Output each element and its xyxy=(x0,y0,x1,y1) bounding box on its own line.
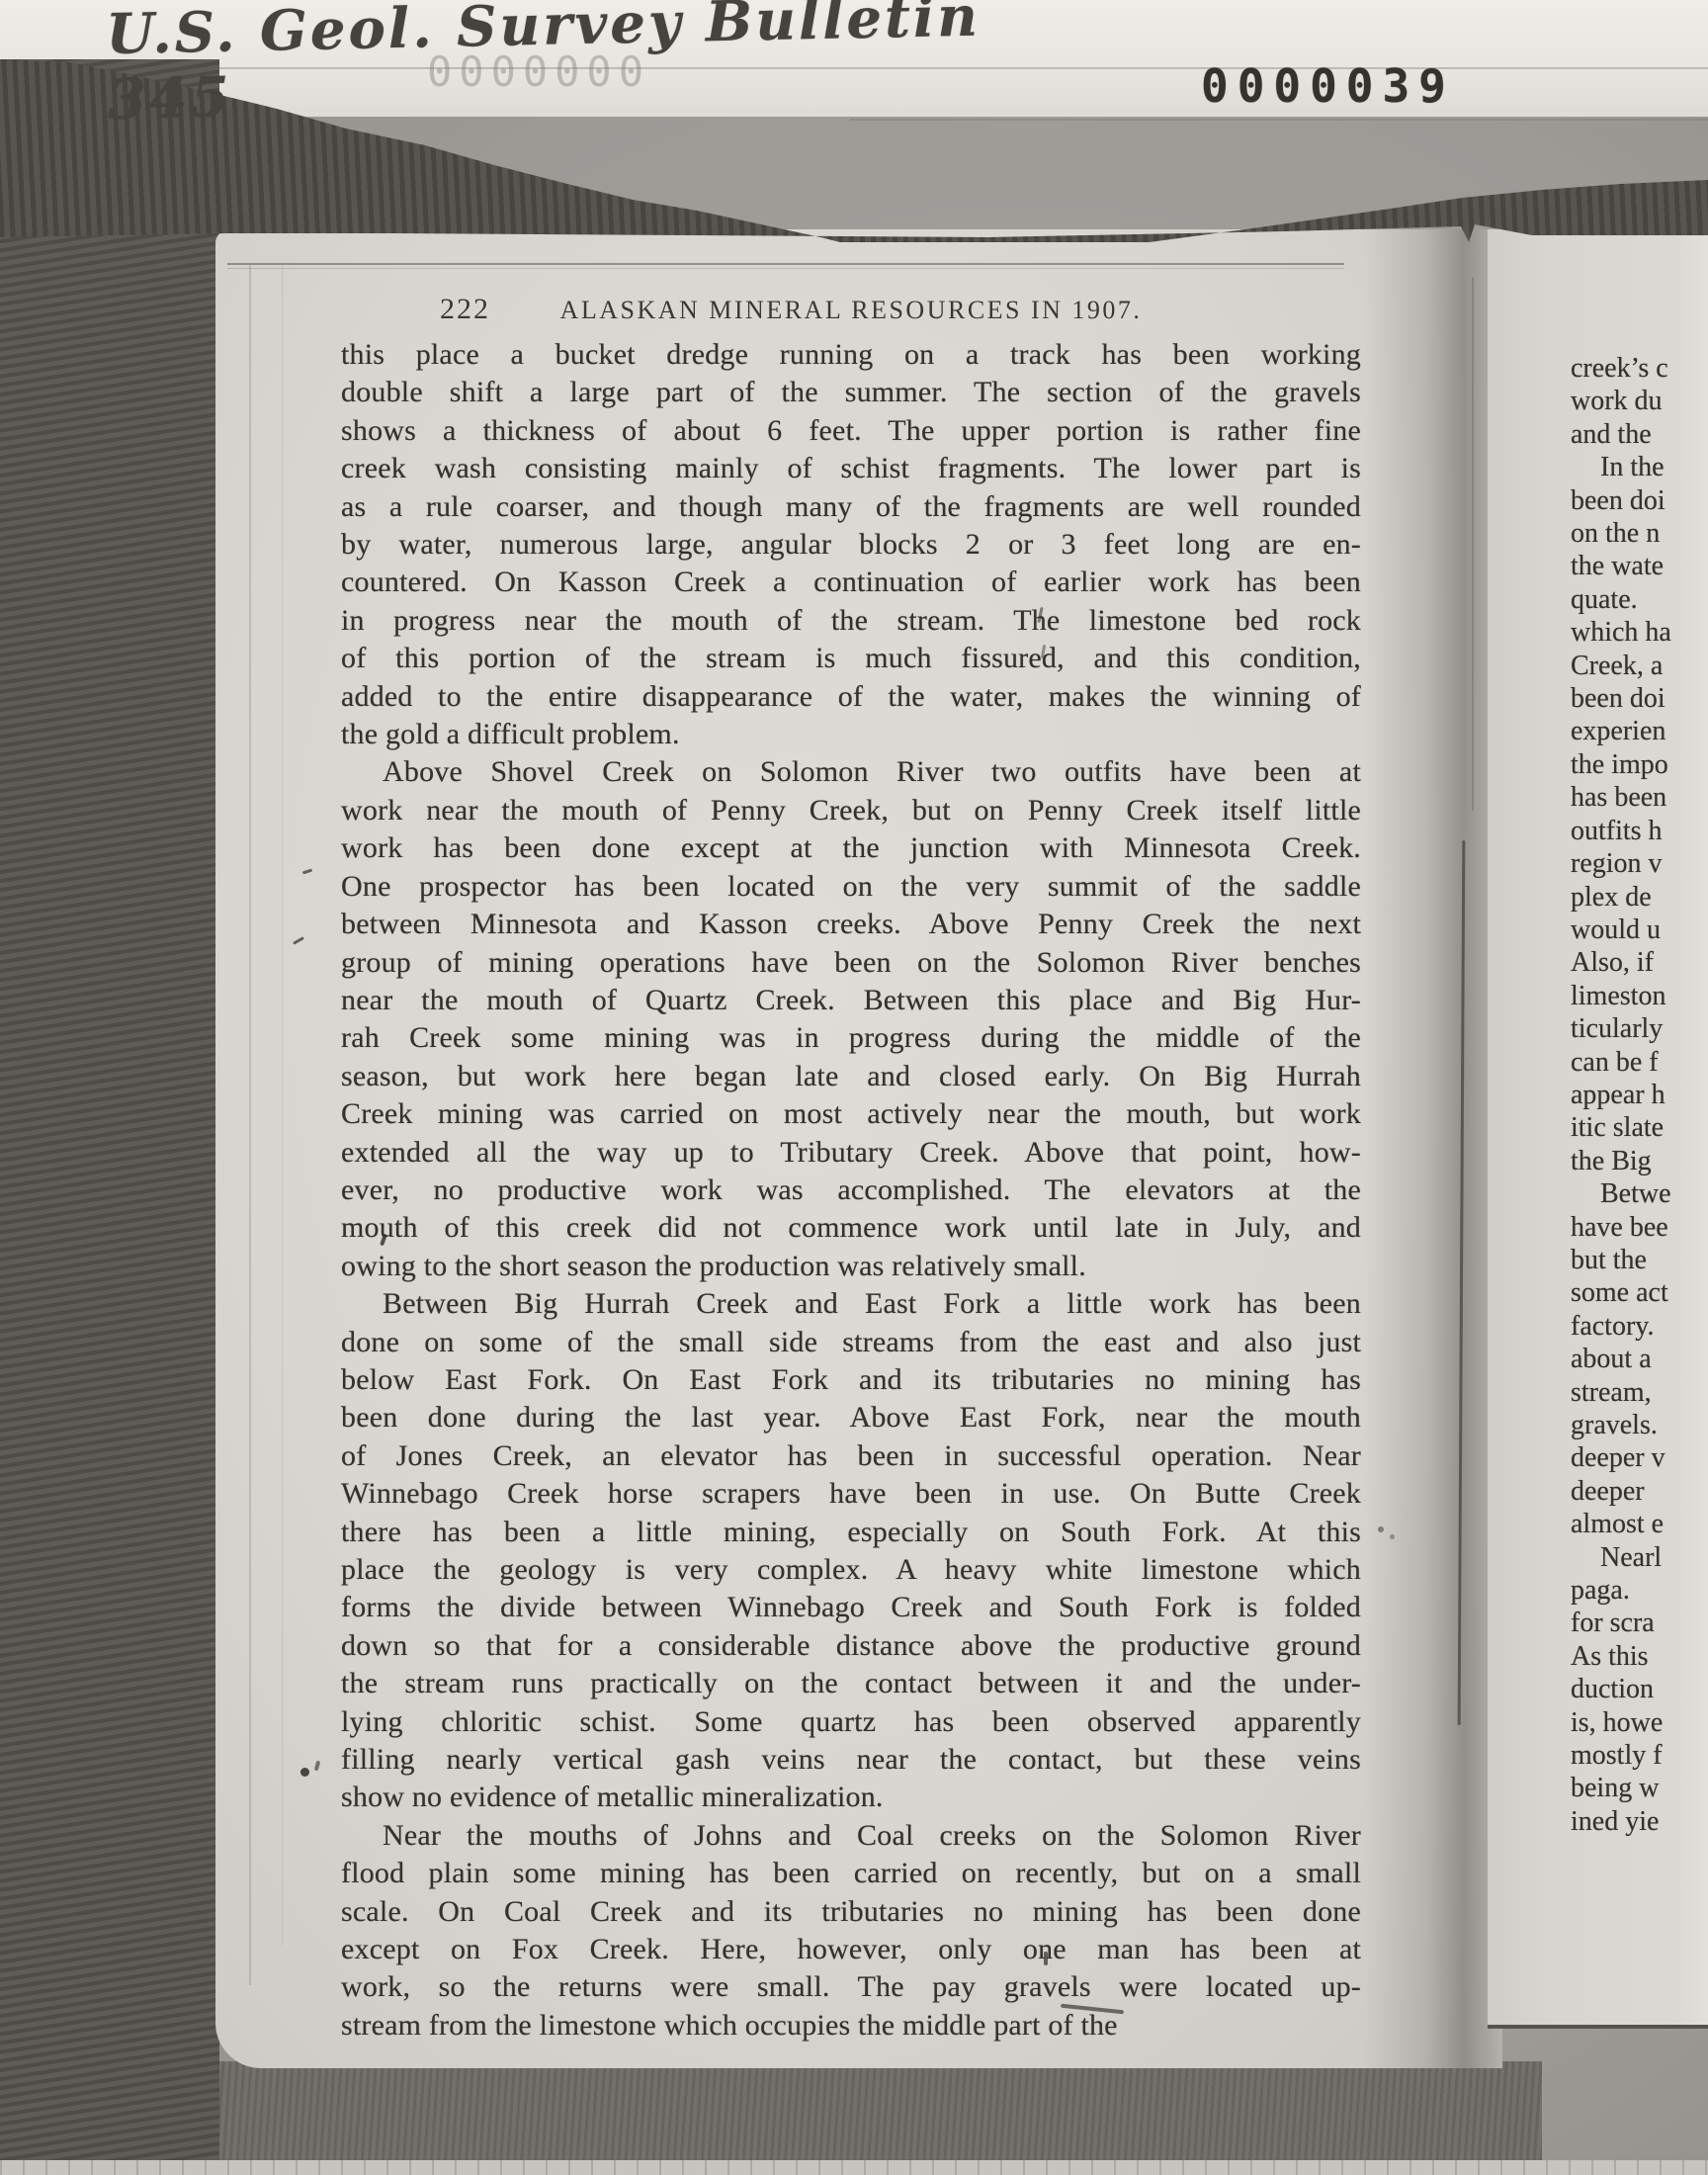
text-line: except on Fox Creek. Here, however, only… xyxy=(341,1931,1361,1968)
ink-dot xyxy=(300,1768,309,1777)
text-line: One prospector has been located on the v… xyxy=(341,868,1361,906)
next-page-text-line: work du xyxy=(1571,385,1708,417)
paragraph: Above Shovel Creek on Solomon River two … xyxy=(341,753,1361,1285)
text-line: between Minnesota and Kasson creeks. Abo… xyxy=(341,906,1361,943)
text-line: work has been done except at the junctio… xyxy=(341,829,1361,867)
next-page-text-line: As this xyxy=(1571,1640,1708,1673)
text-line: mouth of this creek did not commence wor… xyxy=(341,1209,1361,1247)
text-line: of Jones Creek, an elevator has been in … xyxy=(341,1437,1361,1475)
scan-bottom-strip xyxy=(0,2160,1708,2175)
text-line: near the mouth of Quartz Creek. Between … xyxy=(341,982,1361,1019)
text-line: this place a bucket dredge running on a … xyxy=(341,336,1361,374)
text-line: show no evidence of metallic mineralizat… xyxy=(341,1779,1361,1816)
next-page-text-line: paga. xyxy=(1571,1574,1708,1607)
text-line: filling nearly vertical gash veins near … xyxy=(341,1741,1361,1779)
next-page-text-line: and the xyxy=(1571,418,1708,451)
text-line: group of mining operations have been on … xyxy=(341,944,1361,982)
next-page-text-line: Nearl xyxy=(1571,1541,1708,1574)
next-page-text-line: creek’s c xyxy=(1571,352,1708,385)
body-text: this place a bucket dredge running on a … xyxy=(341,336,1361,2044)
text-line: as a rule coarser, and though many of th… xyxy=(341,488,1361,526)
text-line: work near the mouth of Penny Creek, but … xyxy=(341,792,1361,829)
page-header: 222 ALASKAN MINERAL RESOURCES IN 1907. xyxy=(341,293,1361,332)
next-page-text-line: has been xyxy=(1571,781,1708,814)
paragraph: Between Big Hurrah Creek and East Fork a… xyxy=(341,1285,1361,1817)
text-line: shows a thickness of about 6 feet. The u… xyxy=(341,412,1361,450)
book-gutter-shadow xyxy=(1364,229,1502,2068)
next-page-text-line: Creek, a xyxy=(1571,650,1708,682)
page-left-edge-line xyxy=(249,265,251,1985)
text-line: down so that for a considerable distance… xyxy=(341,1627,1361,1665)
text-line: of this portion of the stream is much fi… xyxy=(341,640,1361,677)
next-page-text-line: for scra xyxy=(1571,1607,1708,1639)
next-page-text-line: mostly f xyxy=(1571,1739,1708,1772)
running-header: ALASKAN MINERAL RESOURCES IN 1907. xyxy=(341,296,1361,325)
text-line: added to the entire disappearance of the… xyxy=(341,678,1361,716)
next-page-text-line: appear h xyxy=(1571,1079,1708,1111)
ink-speck xyxy=(314,1761,320,1772)
next-page-text-line: factory. xyxy=(1571,1310,1708,1343)
text-line: Near the mouths of Johns and Coal creeks… xyxy=(341,1817,1361,1855)
next-page-text-line: the impo xyxy=(1571,748,1708,781)
next-page-text-line: would u xyxy=(1571,913,1708,946)
next-page-text-line: duction xyxy=(1571,1673,1708,1705)
next-page-text-line: on the n xyxy=(1571,517,1708,550)
next-page-text-line: but the xyxy=(1571,1244,1708,1276)
next-page-text-line: ticularly xyxy=(1571,1012,1708,1045)
next-page-text-line: about a xyxy=(1571,1343,1708,1375)
text-line: creek wash consisting mainly of schist f… xyxy=(341,450,1361,487)
text-line: in progress near the mouth of the stream… xyxy=(341,602,1361,640)
book-page: 222 ALASKAN MINERAL RESOURCES IN 1907. t… xyxy=(215,229,1502,2068)
text-line: place the geology is very complex. A hea… xyxy=(341,1551,1361,1589)
text-line: extended all the way up to Tributary Cre… xyxy=(341,1134,1361,1172)
text-line: countered. On Kasson Creek a continuatio… xyxy=(341,564,1361,601)
text-line: done on some of the small side streams f… xyxy=(341,1324,1361,1361)
text-line: Creek mining was carried on most activel… xyxy=(341,1095,1361,1133)
next-page-text-line: which ha xyxy=(1571,616,1708,649)
next-page-text-line: Also, if xyxy=(1571,946,1708,979)
next-page-column: creek’s cwork duand theIn thebeen doion … xyxy=(1571,352,1708,1838)
text-line: scale. On Coal Creek and its tributaries… xyxy=(341,1893,1361,1931)
next-page-text-line: quate. xyxy=(1571,583,1708,616)
next-page-text-line: almost e xyxy=(1571,1508,1708,1540)
next-page-text-line: been doi xyxy=(1571,484,1708,517)
number-stamp: 0000039 xyxy=(1201,59,1455,113)
semicolon-mark xyxy=(1044,1952,1048,1965)
ink-speck xyxy=(302,869,312,875)
next-page-text-line: have bee xyxy=(1571,1211,1708,1244)
text-line: stream from the limestone which occupies… xyxy=(341,2007,1361,2044)
next-page-text-line: been doi xyxy=(1571,682,1708,715)
text-line: rah Creek some mining was in progress du… xyxy=(341,1019,1361,1057)
next-page-text-line: plex de xyxy=(1571,881,1708,913)
page-top-edge-line xyxy=(227,263,1344,265)
text-line: below East Fork. On East Fork and its tr… xyxy=(341,1361,1361,1399)
next-page-text-line: deeper v xyxy=(1571,1441,1708,1474)
text-line: by water, numerous large, angular blocks… xyxy=(341,526,1361,564)
paragraph: Near the mouths of Johns and Coal creeks… xyxy=(341,1817,1361,2044)
text-line: the stream runs practically on the conta… xyxy=(341,1665,1361,1702)
page-left-edge-line xyxy=(282,265,283,1946)
next-page-text-line: itic slate xyxy=(1571,1111,1708,1144)
next-page-partial: creek’s cwork duand theIn thebeen doion … xyxy=(1488,229,1708,2029)
next-page-text-line: region v xyxy=(1571,847,1708,880)
next-page-text-line: being w xyxy=(1571,1772,1708,1804)
next-page-text-line: outfits h xyxy=(1571,815,1708,847)
text-line: forms the divide between Winnebago Creek… xyxy=(341,1589,1361,1626)
text-line: been done during the last year. Above Ea… xyxy=(341,1399,1361,1436)
photocopy-bottom-border xyxy=(0,2061,1542,2163)
ink-speck xyxy=(293,936,304,945)
next-page-text-line: deeper xyxy=(1571,1475,1708,1508)
text-line: owing to the short season the production… xyxy=(341,1248,1361,1285)
text-line: there has been a little mining, especial… xyxy=(341,1514,1361,1551)
text-line: the gold a difficult problem. xyxy=(341,716,1361,753)
page-top-edge-line xyxy=(227,268,1344,269)
next-page-text-line: the Big xyxy=(1571,1145,1708,1177)
photocopy-left-border xyxy=(0,59,219,2160)
next-page-text-line: Betwe xyxy=(1571,1177,1708,1210)
text-line: Above Shovel Creek on Solomon River two … xyxy=(341,753,1361,791)
text-line: lying chloritic schist. Some quartz has … xyxy=(341,1703,1361,1741)
paragraph: this place a bucket dredge running on a … xyxy=(341,336,1361,753)
text-line: season, but work here began late and clo… xyxy=(341,1058,1361,1095)
next-page-text-line: is, howe xyxy=(1571,1706,1708,1739)
next-page-text-line: In the xyxy=(1571,451,1708,483)
text-line: double shift a large part of the summer.… xyxy=(341,374,1361,411)
next-page-text-line: the wate xyxy=(1571,550,1708,582)
next-page-text-line: stream, xyxy=(1571,1376,1708,1409)
next-page-text-line: ined yie xyxy=(1571,1805,1708,1838)
text-line: work, so the returns were small. The pay… xyxy=(341,1968,1361,2006)
next-page-text-line: limeston xyxy=(1571,980,1708,1012)
text-line: Winnebago Creek horse scrapers have been… xyxy=(341,1475,1361,1513)
text-line: flood plain some mining has been carried… xyxy=(341,1855,1361,1892)
next-page-text-line: can be f xyxy=(1571,1046,1708,1079)
next-page-text-line: experien xyxy=(1571,715,1708,747)
faint-number-stamp: 0000000 xyxy=(427,47,650,96)
next-page-text-line: gravels. xyxy=(1571,1409,1708,1441)
text-line: Between Big Hurrah Creek and East Fork a… xyxy=(341,1285,1361,1323)
gutter-fold-line xyxy=(1472,277,1474,811)
scan-ruled-line xyxy=(850,119,1708,121)
next-page-text-line: some act xyxy=(1571,1276,1708,1309)
text-line: ever, no productive work was accomplishe… xyxy=(341,1172,1361,1209)
scanned-document: 222 ALASKAN MINERAL RESOURCES IN 1907. t… xyxy=(0,0,1708,2175)
